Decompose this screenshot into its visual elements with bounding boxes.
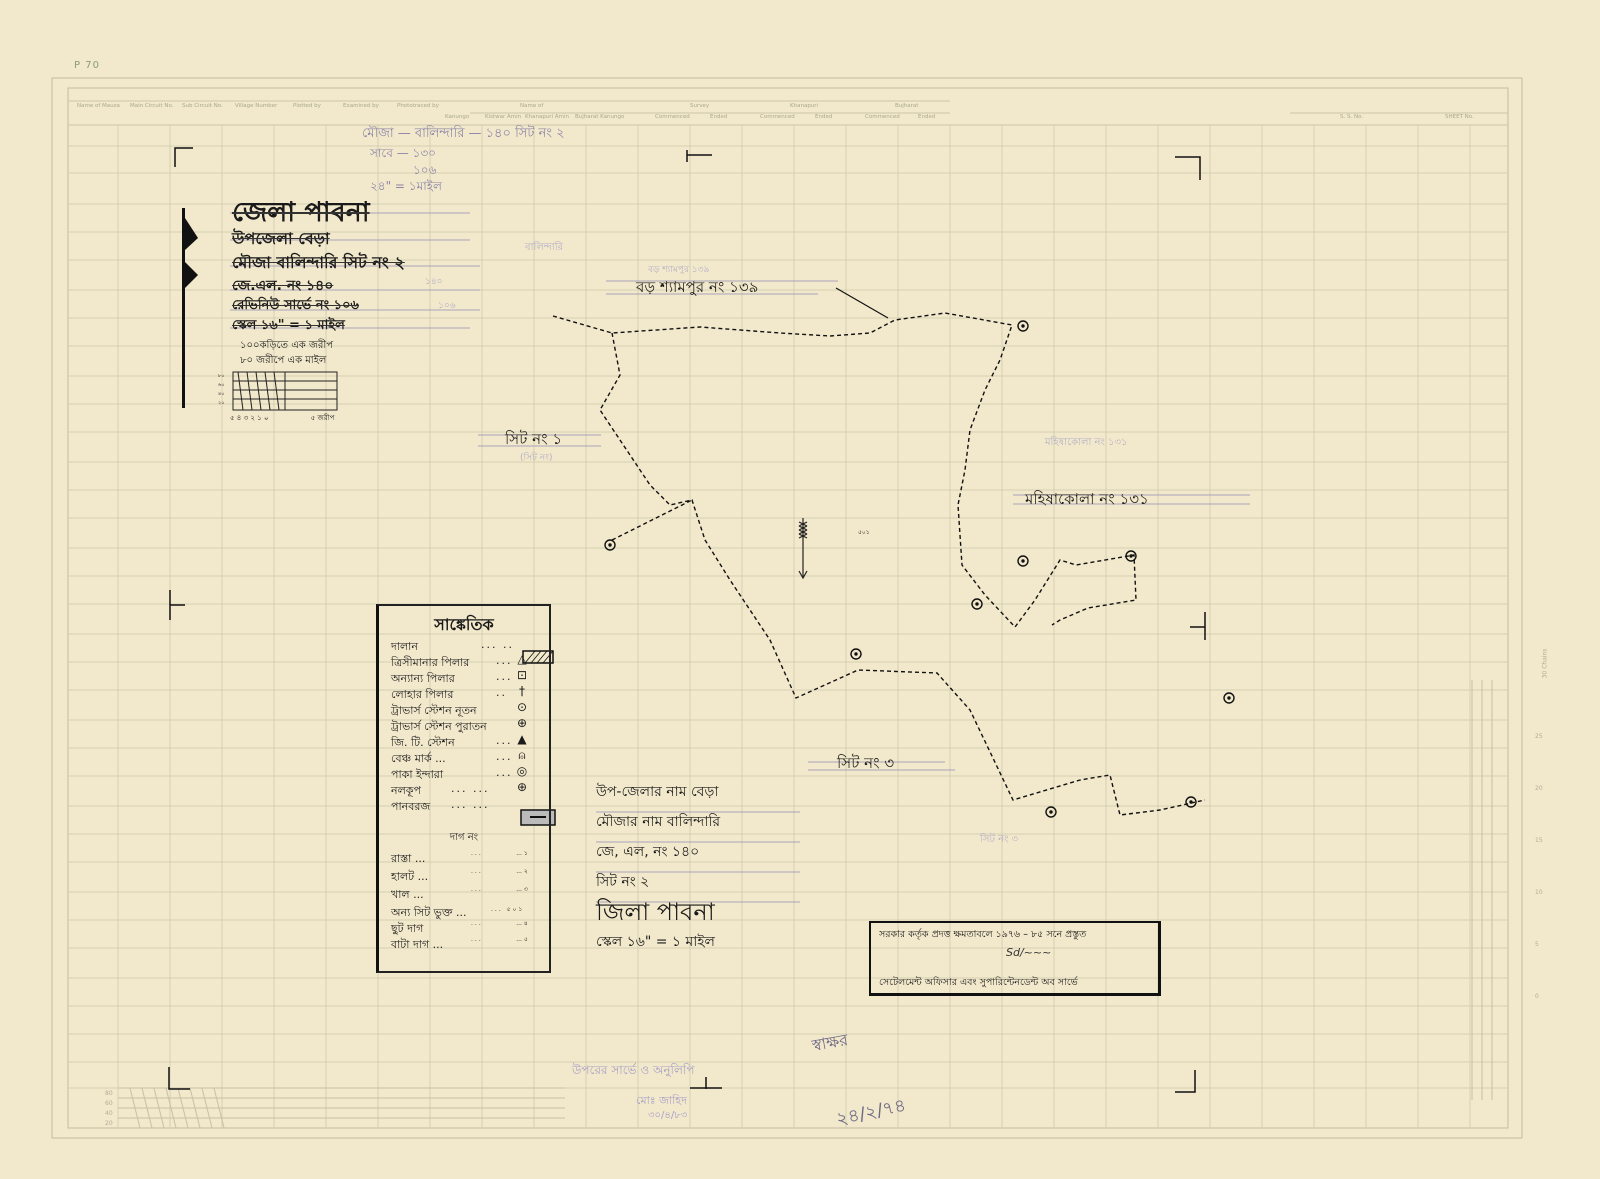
pencil-bottom-date: ৩০/৪/৮৩ — [648, 1108, 687, 1125]
col-bujharat-ended: Ended — [918, 114, 935, 120]
pencil-jl: ১৪০ — [425, 274, 443, 289]
legend-title: সাঙ্কেতিক — [379, 612, 549, 639]
col-bujharat-kanungo: Bujharat Kanungo — [575, 114, 624, 120]
ss-no-label: S. S. No. — [1340, 114, 1363, 120]
col-khanapuri-ended: Ended — [815, 114, 832, 120]
col-kanungo: Kanungo — [445, 114, 469, 120]
info-jl: জে, এল, নং ১৪০ — [596, 840, 699, 864]
dag-item: খাল ......... ৩ — [391, 886, 541, 905]
col-name-of-group: Name of — [520, 103, 543, 109]
title-revenue-survey: রেভিনিউ সার্ভে নং ১০৬ — [232, 296, 359, 317]
pencil-north-neighbor: বড় শ্যামপুর ১৩৯ — [648, 262, 709, 277]
label-north-neighbor: বড় শ্যামপুর নং ১৩৯ — [636, 276, 758, 301]
col-khanapuri-group: Khanapuri — [790, 103, 818, 109]
col-main-circuit: Main Circuit No. — [130, 103, 173, 109]
col-survey-group: Survey — [690, 103, 709, 109]
dag-item: বাটা দাগ ......... ৫ — [391, 936, 541, 955]
bottom-scale-tick: 80 — [105, 1090, 113, 1097]
pencil-rs: ১০৬ — [438, 298, 456, 313]
pencil-west-sheet: (সিট নং) — [520, 450, 553, 465]
info-scale: স্কেল ১৬" = ১ মাইল — [596, 930, 715, 954]
label-east-neighbor: মহিষাকোলা নং ১৩১ — [1025, 488, 1149, 513]
pencil-note-4: ২৪" = ১মাইল — [370, 178, 442, 198]
traverse-station-new-icon: ⊙ — [507, 700, 537, 714]
bench-mark-icon: ⍝ — [507, 748, 537, 763]
certificate-line-3: সেটেলমেন্ট অফিসার এবং সুপারিন্টেনডেন্ট অ… — [879, 976, 1078, 991]
dag-title: দাগ নং — [379, 830, 549, 847]
title-upazila: উপজেলা বেড়া — [232, 226, 330, 253]
col-name-of-mauza: Name of Mauza — [77, 103, 120, 109]
gt-station-icon: ▲ — [507, 732, 537, 746]
traverse-station-old-icon: ⊕ — [507, 716, 537, 730]
info-sheet: সিট নং ২ — [596, 870, 649, 894]
sheet-no-label: SHEET No. — [1445, 114, 1474, 120]
title-jl-no: জে.এল. নং ১৪০ — [232, 274, 333, 298]
pencil-mauza: বালিন্দারি — [525, 240, 563, 257]
certificate-signature: Sd/~~~ — [1006, 946, 1051, 959]
masonry-well-icon: ◎ — [507, 764, 537, 778]
other-pillar-icon: ⊡ — [507, 668, 537, 682]
col-bujharat-commenced: Commenced — [865, 114, 900, 120]
header-table: Name of Mauza Main Circuit No. Sub Circu… — [75, 101, 1515, 125]
col-khanapuri-commenced: Commenced — [760, 114, 795, 120]
bottom-scale-tick: 20 — [105, 1120, 113, 1127]
title-mauza: মৌজা বালিন্দারি সিট নং ২ — [232, 250, 405, 277]
certificate-box: সরকার কর্তৃক প্রদত্ত ক্ষমতাবলে ১৯৭৬ – ৮৫… — [869, 921, 1161, 996]
legend-item: পানবরজ... ... — [391, 798, 541, 817]
tube-well-icon: ⊕ — [507, 780, 537, 794]
pencil-east-neighbor: মহিষাকোলা নং ১৩১ — [1045, 435, 1127, 452]
label-south-sheet: সিট নং ৩ — [837, 752, 894, 777]
scale-bar-y-labels: ৮০ ৬০ ৪০ ২০ — [218, 372, 225, 408]
map-sheet: P 70 Name of Mauza Main Circuit No. Sub … — [0, 0, 1600, 1179]
chain-note-2: ৮০ জরীপে এক মাইল — [240, 353, 326, 370]
map-grid — [0, 0, 1600, 1179]
iron-pillar-icon: † — [507, 684, 537, 698]
col-sub-circuit: Sub Circuit No. — [182, 103, 223, 109]
col-khanapuri-amin: Khanapuri Amin — [525, 114, 569, 120]
col-survey-commenced: Commenced — [655, 114, 690, 120]
bottom-scale-tick: 60 — [105, 1100, 113, 1107]
col-village-number: Village Number — [235, 103, 277, 109]
legend-box: সাঙ্কেতিক দালান... .. ত্রিসীমানার পিলার.… — [376, 604, 551, 973]
pencil-note-mauza: মৌজা — বালিন্দারি — ১৪০ সিট নং ২ — [362, 124, 565, 145]
side-scale-label: 30 Chains — [1541, 649, 1548, 679]
scale-bar-x-labels: ৫ ৪ ৩ ২ ১ ০ ৫ জরীপ — [230, 412, 334, 424]
pencil-bottom-note: উপরের সার্ভে ও অনুলিপি — [572, 1062, 694, 1082]
ornamental-border-icon — [182, 208, 198, 408]
center-plot-number: ৫০১ — [858, 527, 870, 538]
title-scale: স্কেল ১৬" = ১ মাইল — [232, 316, 345, 337]
col-phototraced-by: Phototraced by — [397, 103, 439, 109]
info-district: জিলা পাবনা — [596, 894, 715, 934]
info-mauza: মৌজার নাম বালিন্দারি — [596, 810, 720, 834]
col-survey-ended: Ended — [710, 114, 727, 120]
col-examined-by: Examined by — [343, 103, 379, 109]
trijunction-pillar-icon: △ — [507, 652, 537, 666]
page-code: P 70 — [74, 60, 100, 71]
col-plotted-by: Plotted by — [293, 103, 321, 109]
col-kistwar-amin: Kistwar Amin — [485, 114, 521, 120]
certificate-line-1: সরকার কর্তৃক প্রদত্ত ক্ষমতাবলে ১৯৭৬ – ৮৫… — [879, 928, 1086, 943]
info-upazila: উপ-জেলার নাম বেড়া — [596, 780, 718, 804]
bottom-scale-tick: 40 — [105, 1110, 113, 1117]
pencil-south-sheet: সিট নং ৩ — [980, 832, 1018, 849]
col-bujharat-group: Bujharat — [895, 103, 918, 109]
